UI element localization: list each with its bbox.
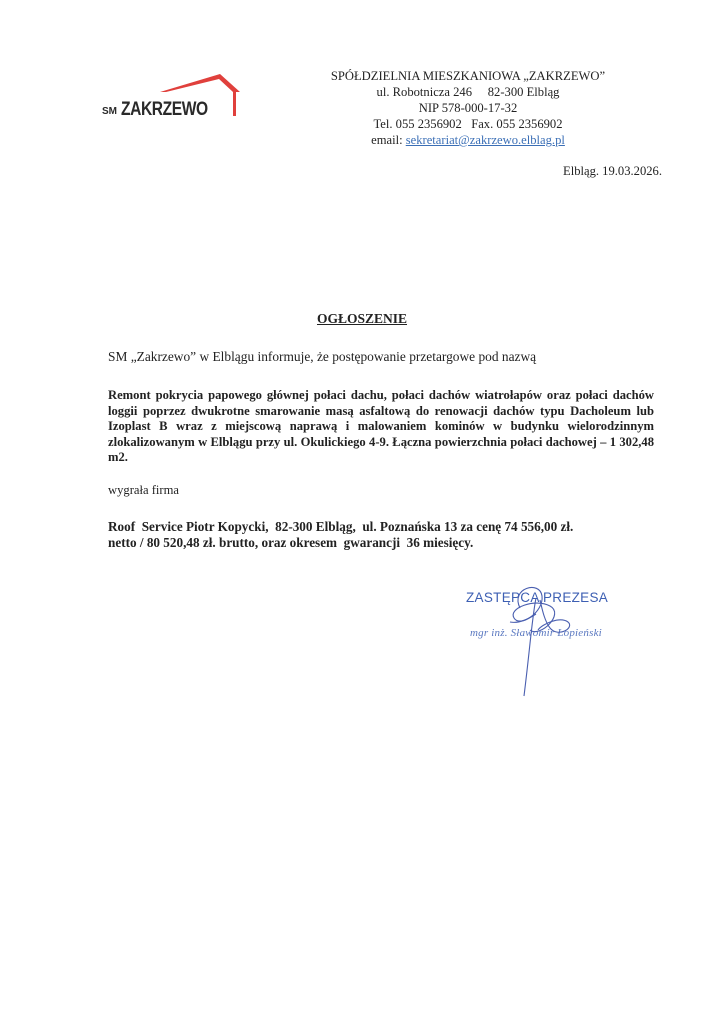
logo-wordmark: SM ZAKRZEWO (102, 99, 227, 121)
organization-email-row: email: sekretariat@zakrzewo.elblag.pl (300, 132, 636, 148)
organization-name: SPÓŁDZIELNIA MIESZKANIOWA „ZAKRZEWO” (300, 68, 636, 84)
won-label: wygrała firma (108, 483, 179, 498)
intro-paragraph: SM „Zakrzewo” w Elblągu informuje, że po… (108, 349, 536, 365)
document-date: Elbląg. 19.03.2026. (563, 164, 662, 179)
handwritten-signature (480, 578, 590, 700)
company-logo: SM ZAKRZEWO (102, 70, 242, 120)
logo-prefix: SM (102, 106, 117, 117)
letterhead: SPÓŁDZIELNIA MIESZKANIOWA „ZAKRZEWO” ul.… (300, 68, 636, 148)
document-title: OGŁOSZENIE (0, 311, 724, 327)
organization-nip: NIP 578-000-17-32 (300, 100, 636, 116)
email-label: email: (371, 133, 406, 147)
winner-line-1: Roof Service Piotr Kopycki, 82-300 Elblą… (108, 519, 668, 535)
organization-address: ul. Robotnicza 246 82-300 Elbląg (300, 84, 636, 100)
signature-scribble-icon (480, 578, 590, 700)
logo-name: ZAKRZEWO (121, 99, 208, 121)
winner-line-2: netto / 80 520,48 zł. brutto, oraz okres… (108, 535, 668, 551)
tender-description: Remont pokrycia papowego głównej połaci … (108, 388, 654, 466)
organization-phone-fax: Tel. 055 2356902 Fax. 055 2356902 (300, 116, 636, 132)
winner-details: Roof Service Piotr Kopycki, 82-300 Elblą… (108, 519, 668, 551)
email-link[interactable]: sekretariat@zakrzewo.elblag.pl (406, 133, 565, 147)
